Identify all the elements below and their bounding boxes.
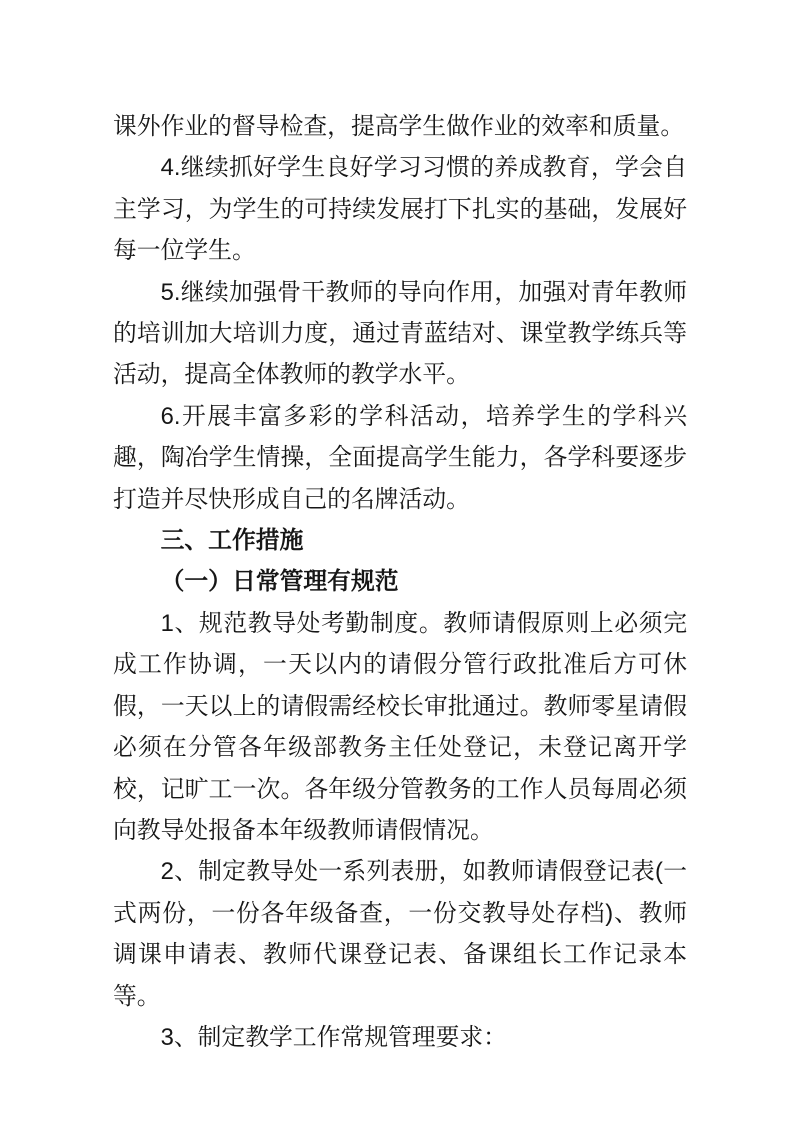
subsection-heading-daily-management: （一）日常管理有规范 xyxy=(113,561,687,602)
section-heading-work-measures: 三、工作措施 xyxy=(113,520,687,561)
document-text-block: 课外作业的督导检查，提高学生做作业的效率和质量。 4.继续抓好学生良好学习习惯的… xyxy=(113,106,687,1058)
paragraph-item-4-study-habits: 4.继续抓好学生良好学习习惯的养成教育，学会自主学习，为学生的可持续发展打下扎实… xyxy=(113,147,687,271)
paragraph-continuation-homework-supervision: 课外作业的督导检查，提高学生做作业的效率和质量。 xyxy=(113,106,687,147)
document-page: 课外作业的督导检查，提高学生做作业的效率和质量。 4.继续抓好学生良好学习习惯的… xyxy=(0,0,793,1122)
paragraph-item-2-registration-forms: 2、制定教导处一系列表册，如教师请假登记表(一式两份，一份各年级备查，一份交教导… xyxy=(113,851,687,1017)
paragraph-item-5-backbone-teachers: 5.继续加强骨干教师的导向作用，加强对青年教师的培训加大培训力度，通过青蓝结对、… xyxy=(113,272,687,396)
paragraph-item-6-subject-activities: 6.开展丰富多彩的学科活动，培养学生的学科兴趣，陶冶学生情操，全面提高学生能力，… xyxy=(113,396,687,520)
paragraph-item-3-routine-management: 3、制定教学工作常规管理要求： xyxy=(113,1017,687,1058)
paragraph-item-1-attendance-system: 1、规范教导处考勤制度。教师请假原则上必须完成工作协调，一天以内的请假分管行政批… xyxy=(113,603,687,851)
